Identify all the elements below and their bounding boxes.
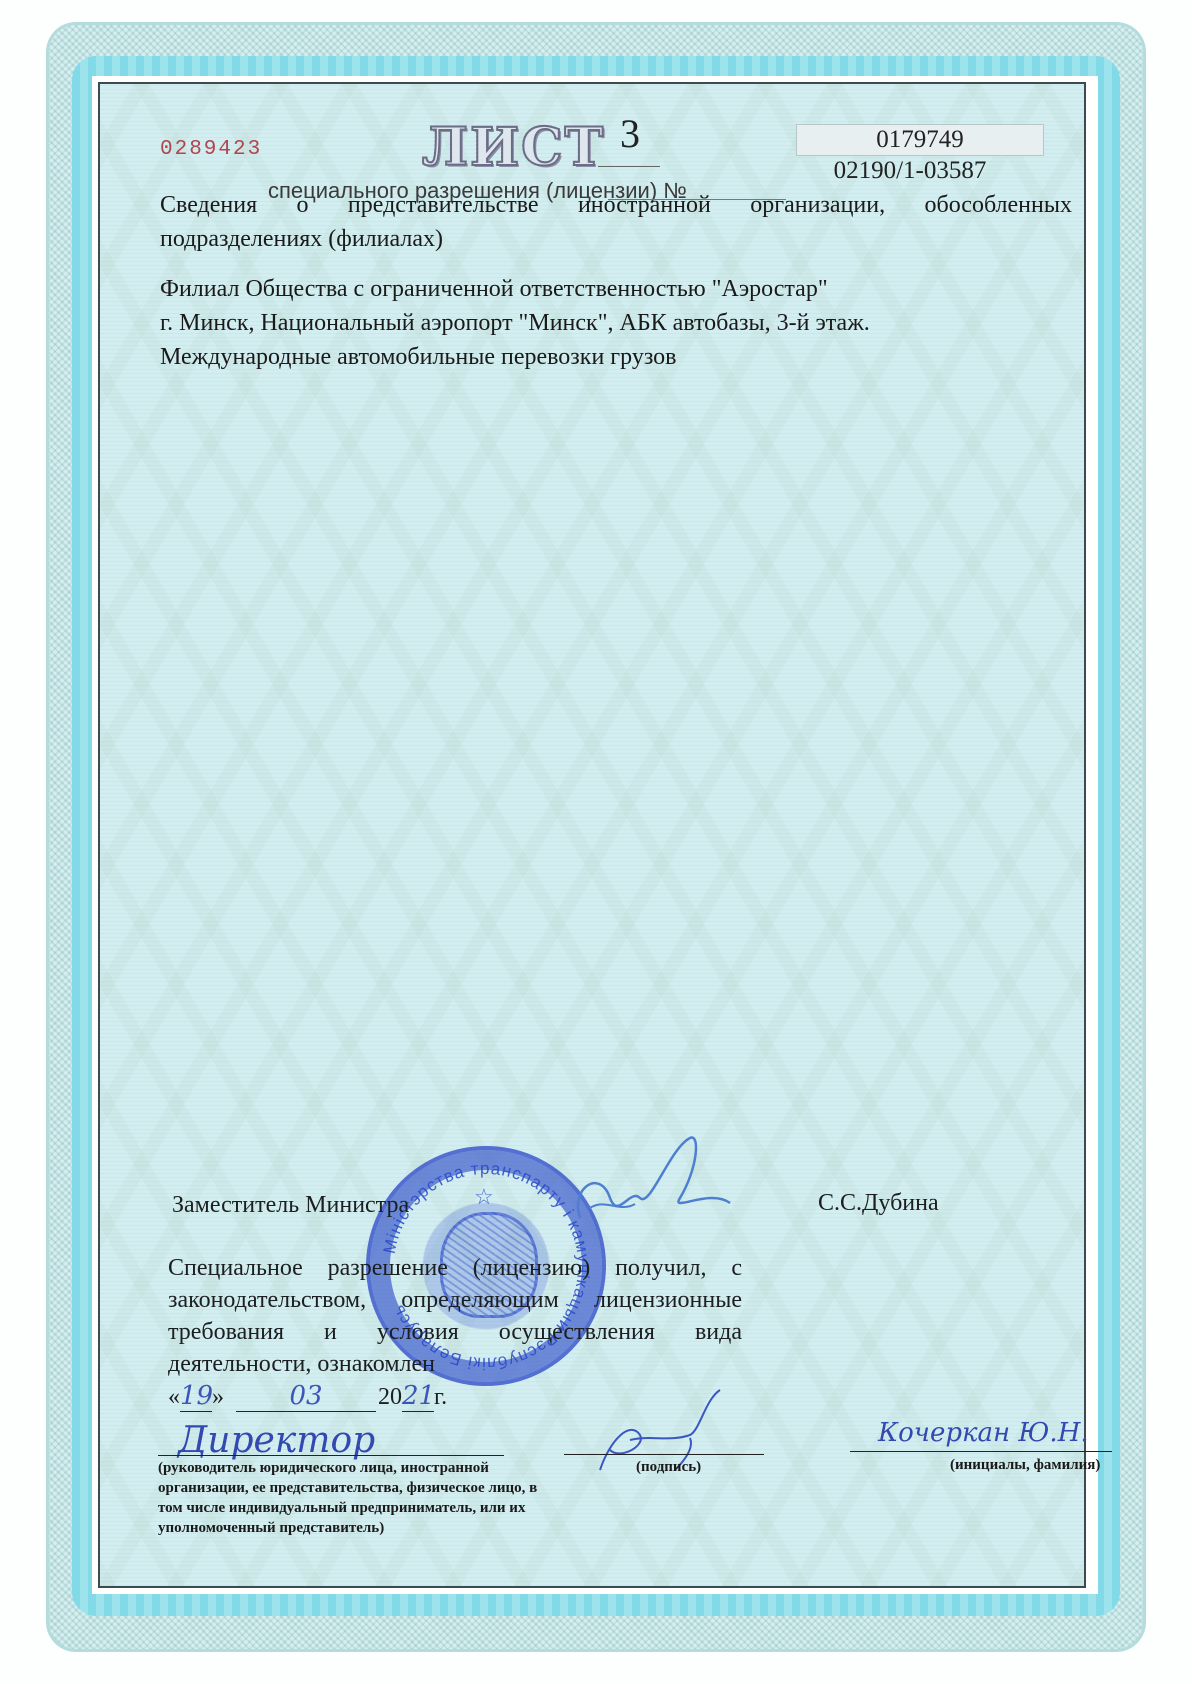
license-number: 02190/1-03587	[760, 157, 1060, 185]
sheet-number-underline	[598, 166, 660, 167]
date-year-label: г.	[434, 1384, 447, 1410]
minister-signature	[560, 1128, 740, 1238]
signature-caption: (подпись)	[636, 1457, 701, 1477]
permit-form-number: 0179749	[796, 124, 1044, 156]
date-year-prefix: 20	[378, 1384, 402, 1410]
document-title: ЛИСТ	[422, 117, 605, 178]
section-heading: Сведения о представительстве иностранной…	[160, 188, 1072, 256]
signature-line	[564, 1454, 764, 1455]
star-icon: ☆	[474, 1184, 494, 1210]
date-month: 03	[236, 1381, 376, 1412]
date-close-quote: »	[212, 1384, 224, 1410]
branch-info: Филиал Общества с ограниченной ответстве…	[160, 272, 1060, 374]
position-line	[158, 1455, 504, 1456]
acknowledgement-date: «19» 032021г.	[168, 1381, 447, 1412]
name-handwritten: Кочеркан Ю.Н.	[878, 1418, 1089, 1448]
branch-activity: Международные автомобильные перевозки гр…	[160, 340, 1060, 374]
position-caption: (руководитель юридического лица, иностра…	[158, 1458, 538, 1538]
serial-number: 0289423	[160, 138, 262, 161]
signatory-name: С.С.Дубина	[818, 1190, 939, 1217]
date-year-suffix: 21	[402, 1381, 434, 1412]
acknowledgement-text: Специальное разрешение (лицензию) получи…	[168, 1252, 742, 1380]
name-caption: (инициалы, фамилия)	[950, 1455, 1100, 1475]
date-open-quote: «	[168, 1384, 180, 1410]
sheet-number: 3	[600, 110, 660, 157]
date-day: 19	[180, 1381, 212, 1412]
branch-address: г. Минск, Национальный аэропорт "Минск",…	[160, 306, 1060, 340]
name-line	[850, 1451, 1112, 1452]
branch-name: Филиал Общества с ограниченной ответстве…	[160, 272, 1060, 306]
signatory-title: Заместитель Министра	[172, 1192, 409, 1219]
